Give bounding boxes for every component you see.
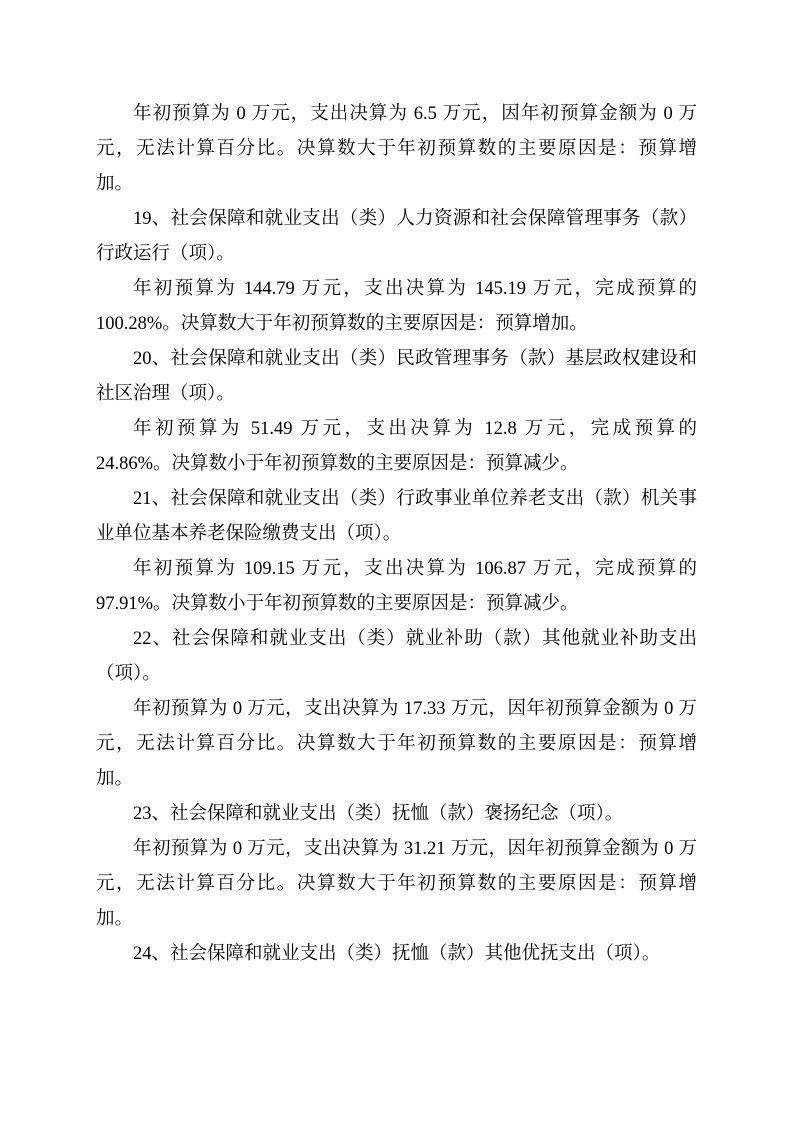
document-line: 年初预算为 51.49 万元，支出决算为 12.8 万元，完成预算的	[96, 412, 697, 447]
document-line: 24、社会保障和就业支出（类）抚恤（款）其他优抚支出（项）。	[96, 937, 697, 972]
document-line: 23、社会保障和就业支出（类）抚恤（款）褒扬纪念（项）。	[96, 797, 697, 832]
document-line: 20、社会保障和就业支出（类）民政管理事务（款）基层政权建设和	[96, 342, 697, 377]
document-line: 97.91%。决算数小于年初预算数的主要原因是：预算减少。	[96, 587, 697, 622]
document-line: 元，无法计算百分比。决算数大于年初预算数的主要原因是：预算增	[96, 132, 697, 167]
document-line: 社区治理（项）。	[96, 377, 697, 412]
document-line: 加。	[96, 167, 697, 202]
document-line: 元，无法计算百分比。决算数大于年初预算数的主要原因是：预算增	[96, 727, 697, 762]
document-line: 22、社会保障和就业支出（类）就业补助（款）其他就业补助支出	[96, 622, 697, 657]
document-page: 年初预算为 0 万元，支出决算为 6.5 万元，因年初预算金额为 0 万元，无法…	[0, 0, 793, 1122]
document-line: 行政运行（项）。	[96, 237, 697, 272]
document-line: 年初预算为 0 万元，支出决算为 17.33 万元，因年初预算金额为 0 万	[96, 692, 697, 727]
document-line: 24.86%。决算数小于年初预算数的主要原因是：预算减少。	[96, 447, 697, 482]
document-line: 加。	[96, 902, 697, 937]
document-line: 19、社会保障和就业支出（类）人力资源和社会保障管理事务（款）	[96, 202, 697, 237]
document-line: 100.28%。决算数大于年初预算数的主要原因是：预算增加。	[96, 307, 697, 342]
document-line: 年初预算为 144.79 万元，支出决算为 145.19 万元，完成预算的	[96, 272, 697, 307]
document-body: 年初预算为 0 万元，支出决算为 6.5 万元，因年初预算金额为 0 万元，无法…	[96, 97, 697, 972]
document-line: 业单位基本养老保险缴费支出（项）。	[96, 517, 697, 552]
document-line: （项）。	[96, 657, 697, 692]
document-line: 元，无法计算百分比。决算数大于年初预算数的主要原因是：预算增	[96, 867, 697, 902]
document-line: 年初预算为 109.15 万元，支出决算为 106.87 万元，完成预算的	[96, 552, 697, 587]
document-line: 加。	[96, 762, 697, 797]
document-line: 年初预算为 0 万元，支出决算为 6.5 万元，因年初预算金额为 0 万	[96, 97, 697, 132]
document-line: 年初预算为 0 万元，支出决算为 31.21 万元，因年初预算金额为 0 万	[96, 832, 697, 867]
document-line: 21、社会保障和就业支出（类）行政事业单位养老支出（款）机关事	[96, 482, 697, 517]
